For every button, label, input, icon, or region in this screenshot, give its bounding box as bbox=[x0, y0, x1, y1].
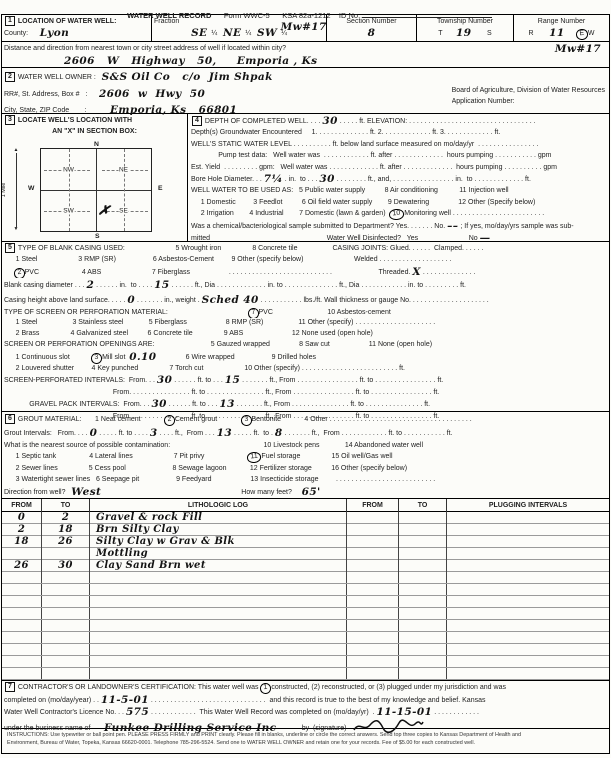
range-cell: Range Number R 11 EW bbox=[514, 15, 609, 41]
col-plugging-intervals: PLUGGING INTERVALS bbox=[447, 499, 609, 512]
screen-material-row-2: 1 Steel 3 Stainless steel 5 Fiberglass 8… bbox=[4, 318, 607, 329]
table-cell bbox=[347, 536, 399, 548]
certification-line-3: Water Well Contractor's Licence No. . . … bbox=[4, 706, 607, 719]
table-cell: Mottling bbox=[90, 548, 347, 560]
col-to-2: TO bbox=[399, 499, 447, 512]
table-cell bbox=[347, 560, 399, 572]
table-cell bbox=[399, 572, 447, 583]
table-cell bbox=[399, 560, 447, 572]
table-cell: Silty Clay w Grav & Blk bbox=[90, 536, 347, 548]
col-from-1: FROM bbox=[2, 499, 42, 512]
table-cell bbox=[90, 656, 347, 667]
table-cell bbox=[42, 608, 90, 619]
table-cell bbox=[42, 668, 90, 679]
table-cell bbox=[399, 512, 447, 524]
screen-intervals-row-2: From. . . . . . . . . . . . . . . . ft. … bbox=[4, 387, 607, 398]
section-3-badge: 3 bbox=[5, 115, 15, 125]
id-no-label: ID No. bbox=[339, 11, 362, 20]
water-well-record-form: WATER WELL RECORD Form WWC-5 KSA 82a-121… bbox=[0, 0, 611, 758]
table-cell bbox=[42, 596, 90, 607]
table-cell bbox=[447, 536, 609, 548]
table-cell: 30 bbox=[42, 560, 90, 572]
table-cell bbox=[2, 656, 42, 667]
form-header: WATER WELL RECORD Form WWC-5 KSA 82a-121… bbox=[0, 0, 611, 14]
table-cell bbox=[447, 668, 609, 679]
table-cell bbox=[447, 620, 609, 631]
table-cell bbox=[447, 656, 609, 667]
table-cell bbox=[347, 548, 399, 560]
col-lithologic-log: LITHOLOGIC LOG bbox=[90, 499, 347, 512]
table-cell bbox=[42, 572, 90, 583]
contamination-row-3: 2 Sewer lines 5 Cess pool 8 Sewage lagoo… bbox=[4, 463, 607, 474]
section-3-title: LOCATE WELL'S LOCATION WITH bbox=[18, 117, 132, 124]
id-no-underline bbox=[362, 12, 492, 18]
board-of-agriculture-label: Board of Agriculture, Division of Water … bbox=[452, 85, 605, 96]
table-row bbox=[2, 608, 609, 620]
table-cell bbox=[90, 644, 347, 655]
table-cell bbox=[90, 572, 347, 583]
table-cell bbox=[347, 572, 399, 583]
quadrant-ne-label: NE bbox=[118, 166, 129, 173]
table-cell: 18 bbox=[42, 524, 90, 536]
table-cell bbox=[399, 656, 447, 667]
table-cell bbox=[42, 584, 90, 595]
table-cell bbox=[2, 668, 42, 679]
arrow-down-icon: ▼ bbox=[14, 227, 19, 232]
quadrant-sw-label: SW bbox=[62, 207, 74, 214]
gravel-intervals-row-1: GRAVEL PACK INTERVALS: From. . . 30 . . … bbox=[4, 398, 607, 410]
contamination-row-4: 3 Watertight sewer lines 6 Seepage pit 9… bbox=[4, 474, 607, 485]
table-cell bbox=[2, 548, 42, 560]
table-cell bbox=[447, 524, 609, 536]
owner-line: 2WATER WELL OWNER : S&S Oil Co c/o Jim S… bbox=[4, 69, 607, 86]
table-cell bbox=[347, 608, 399, 619]
distance-label: Distance and direction from nearest town… bbox=[4, 43, 607, 54]
table-cell bbox=[399, 548, 447, 560]
table-row: 1826Silty Clay w Grav & Blk bbox=[2, 536, 609, 548]
table-row: 02Gravel & rock Fill bbox=[2, 512, 609, 524]
table-cell bbox=[399, 632, 447, 643]
table-cell: Gravel & rock Fill bbox=[90, 512, 347, 524]
table-cell bbox=[347, 524, 399, 536]
table-cell bbox=[447, 572, 609, 583]
table-cell bbox=[2, 632, 42, 643]
table-cell bbox=[399, 644, 447, 655]
instructions-line-1: INSTRUCTIONS: Use typewriter or ball poi… bbox=[7, 731, 604, 739]
quadrant-nw-label: NW bbox=[62, 166, 75, 173]
table-cell bbox=[447, 512, 609, 524]
east-label: E bbox=[158, 185, 163, 192]
casing-height-line: Casing height above land surface. . . . … bbox=[4, 293, 607, 308]
table-cell bbox=[347, 584, 399, 595]
table-cell bbox=[399, 584, 447, 595]
section-3-subtitle: AN "X" IN SECTION BOX: bbox=[4, 126, 185, 137]
grout-material-line: 6GROUT MATERIAL: 1 Neat cement 2Cement g… bbox=[4, 413, 607, 426]
instructions-line-2: Environment, Bureau of Water, Topeka, Ka… bbox=[7, 739, 604, 747]
col-from-2: FROM bbox=[347, 499, 399, 512]
table-row bbox=[2, 668, 609, 680]
openings-row-1: SCREEN OR PERFORATION OPENINGS ARE: 5 Ga… bbox=[4, 340, 607, 351]
table-cell: Brn Silty Clay bbox=[90, 524, 347, 536]
use-row-2: 1 Domestic 3 Feedlot 6 Oil field water s… bbox=[191, 197, 606, 208]
table-cell bbox=[2, 584, 42, 595]
well-x-mark: ✗ bbox=[97, 202, 111, 220]
section-6-grout: 6GROUT MATERIAL: 1 Neat cement 2Cement g… bbox=[2, 412, 609, 498]
table-cell bbox=[447, 608, 609, 619]
instructions-block: INSTRUCTIONS: Use typewriter or ball poi… bbox=[2, 729, 609, 747]
contamination-row-2: 1 Septic tank 4 Lateral lines 7 Pit priv… bbox=[4, 451, 607, 463]
table-cell bbox=[90, 668, 347, 679]
table-row: Mottling bbox=[2, 548, 609, 560]
table-cell bbox=[447, 548, 609, 560]
table-cell bbox=[399, 668, 447, 679]
table-cell bbox=[399, 596, 447, 607]
use-row-3: 2 Irrigation 4 Industrial 7 Domestic (la… bbox=[191, 208, 606, 220]
table-row bbox=[2, 620, 609, 632]
est-yield-line: Est. Yield . . . . . . . . . gpm: Well w… bbox=[191, 162, 606, 173]
section-1-badge: 1 bbox=[5, 16, 15, 26]
table-cell: 0 bbox=[2, 512, 42, 524]
form-body: 1LOCATION OF WATER WELL: County: Lyon Fr… bbox=[1, 14, 610, 754]
form-number: Form WWC-5 bbox=[224, 11, 282, 20]
casing-type-row-2: 1 Steel 3 RMP (SR) 6 Asbestos-Cement 9 O… bbox=[4, 255, 607, 266]
table-header-row: FROM TO LITHOLOGIC LOG FROM TO PLUGGING … bbox=[2, 499, 609, 512]
ksa-statute: KSA 82a-1212 bbox=[282, 11, 339, 20]
static-water-level-line: WELL'S STATIC WATER LEVEL . . . . . . . … bbox=[191, 139, 606, 150]
table-cell bbox=[42, 620, 90, 631]
groundwater-encountered-line: Depth(s) Groundwater Encountered 1. . . … bbox=[191, 127, 606, 138]
table-cell bbox=[2, 644, 42, 655]
distance-row: Distance and direction from nearest town… bbox=[2, 42, 609, 68]
table-cell bbox=[42, 632, 90, 643]
table-cell bbox=[399, 608, 447, 619]
openings-row-3: 2 Louvered shutter 4 Key punched 7 Torch… bbox=[4, 364, 607, 375]
casing-type-row-1: 5TYPE OF BLANK CASING USED: 5 Wrought ir… bbox=[4, 243, 607, 255]
table-cell bbox=[399, 524, 447, 536]
table-row bbox=[2, 632, 609, 644]
sample-submitted-line: Was a chemical/bacteriological sample su… bbox=[191, 220, 606, 232]
use-row-1: WELL WATER TO BE USED AS: 5 Public water… bbox=[191, 185, 606, 196]
screen-intervals-row-1: SCREEN-PERFORATED INTERVALS: From. . . 3… bbox=[4, 374, 607, 386]
section-diagram: ▲ ▼ 1 Mile NW bbox=[4, 139, 185, 243]
table-row: 218Brn Silty Clay bbox=[2, 524, 609, 536]
section-2-badge: 2 bbox=[5, 72, 15, 82]
direction-distance-line: Direction from well? West How many feet?… bbox=[4, 485, 607, 499]
section-7-badge: 7 bbox=[5, 682, 15, 692]
distance-value: 2606 W Highway 50, Emporia , Ks bbox=[64, 54, 607, 66]
table-cell bbox=[347, 656, 399, 667]
range-value: R 11 EW bbox=[516, 27, 607, 40]
table-row bbox=[2, 572, 609, 584]
well-id-handwritten-2: Mw#17 bbox=[555, 43, 601, 65]
table-cell bbox=[90, 584, 347, 595]
form-title: WATER WELL RECORD bbox=[127, 11, 224, 20]
quadrant-se-label: SE bbox=[118, 207, 129, 214]
openings-row-2: 1 Continuous slot 3Mill slot 0.10 6 Wire… bbox=[4, 351, 607, 364]
table-cell: 18 bbox=[2, 536, 42, 548]
west-label: W bbox=[28, 185, 34, 192]
contamination-row-1: What is the nearest source of possible c… bbox=[4, 440, 607, 451]
table-cell bbox=[2, 572, 42, 583]
table-cell bbox=[399, 620, 447, 631]
section-4-depth: 4DEPTH OF COMPLETED WELL. . . . 30 . . .… bbox=[188, 114, 609, 241]
township-value: T 19 S bbox=[419, 27, 511, 39]
location-depth-row: 3LOCATE WELL'S LOCATION WITH AN "X" IN S… bbox=[2, 114, 609, 242]
section-5-badge: 5 bbox=[5, 243, 15, 253]
table-cell: 2 bbox=[2, 524, 42, 536]
table-cell bbox=[447, 584, 609, 595]
table-cell: 2 bbox=[42, 512, 90, 524]
table-cell bbox=[2, 620, 42, 631]
table-row bbox=[2, 584, 609, 596]
lithologic-log-table: FROM TO LITHOLOGIC LOG FROM TO PLUGGING … bbox=[2, 498, 609, 681]
table-cell: 26 bbox=[2, 560, 42, 572]
table-cell bbox=[447, 596, 609, 607]
pump-test-line: Pump test data: Well water was . . . . .… bbox=[191, 150, 606, 161]
table-cell bbox=[347, 596, 399, 607]
table-cell bbox=[347, 512, 399, 524]
table-row bbox=[2, 644, 609, 656]
table-row bbox=[2, 656, 609, 668]
table-cell bbox=[90, 596, 347, 607]
table-cell bbox=[347, 668, 399, 679]
section-6-badge: 6 bbox=[5, 414, 15, 424]
table-cell bbox=[347, 632, 399, 643]
certification-line-1: 7CONTRACTOR'S OR LANDOWNER'S CERTIFICATI… bbox=[4, 682, 607, 694]
table-cell bbox=[447, 632, 609, 643]
screen-material-row-1: TYPE OF SCREEN OR PERFORATION MATERIAL: … bbox=[4, 308, 607, 319]
table-cell: 26 bbox=[42, 536, 90, 548]
table-cell bbox=[42, 548, 90, 560]
table-row: 2630Clay Sand Brn wet bbox=[2, 560, 609, 572]
section-2-owner: 2WATER WELL OWNER : S&S Oil Co c/o Jim S… bbox=[2, 68, 609, 114]
range-label: Range Number bbox=[516, 16, 607, 27]
mile-scale: ▲ ▼ 1 Mile bbox=[8, 149, 22, 231]
table-cell bbox=[2, 596, 42, 607]
section-1-title: LOCATION OF WATER WELL: bbox=[18, 18, 117, 25]
section-7-certification: 7CONTRACTOR'S OR LANDOWNER'S CERTIFICATI… bbox=[2, 681, 609, 729]
col-to-1: TO bbox=[42, 499, 90, 512]
table-row bbox=[2, 596, 609, 608]
table-cell bbox=[90, 632, 347, 643]
section-5-casing: 5TYPE OF BLANK CASING USED: 5 Wrought ir… bbox=[2, 242, 609, 412]
table-cell bbox=[347, 620, 399, 631]
table-cell bbox=[447, 560, 609, 572]
certification-line-2: completed on (mo/day/year) . . 11-5-01 .… bbox=[4, 694, 607, 707]
table-cell bbox=[2, 608, 42, 619]
table-cell: Clay Sand Brn wet bbox=[90, 560, 347, 572]
well-id-handwritten: Mw#17 bbox=[281, 21, 327, 33]
bore-hole-diameter-line: Bore Hole Diameter. . . 7¼ . in. to . . … bbox=[191, 173, 606, 185]
table-cell bbox=[399, 536, 447, 548]
south-label: S bbox=[95, 233, 100, 240]
table-cell bbox=[347, 644, 399, 655]
screen-material-row-3: 2 Brass 4 Galvanized steel 6 Concrete ti… bbox=[4, 329, 607, 340]
grout-intervals-line: Grout Intervals: From. . . . 0 . . . . .… bbox=[4, 426, 607, 440]
mile-label: 1 Mile bbox=[1, 183, 7, 198]
section-3-locate: 3LOCATE WELL'S LOCATION WITH AN "X" IN S… bbox=[2, 114, 188, 241]
casing-type-row-3: 2PVC 4 ABS 7 Fiberglass . . . . . . . . … bbox=[4, 266, 607, 279]
litho-table-body: 02Gravel & rock Fill218Brn Silty Clay182… bbox=[2, 512, 609, 680]
table-cell bbox=[90, 608, 347, 619]
section-square: NW NE SW SE ✗ bbox=[40, 148, 152, 232]
casing-diameter-line: Blank casing diameter . . . 2 . . . . . … bbox=[4, 278, 607, 293]
north-label: N bbox=[94, 141, 99, 148]
table-cell bbox=[42, 644, 90, 655]
table-cell bbox=[90, 620, 347, 631]
application-number-label: Application Number: bbox=[452, 96, 605, 107]
agency-block: Board of Agriculture, Division of Water … bbox=[452, 85, 605, 107]
table-cell bbox=[42, 656, 90, 667]
table-cell bbox=[447, 644, 609, 655]
section-number-value: 8 bbox=[329, 27, 414, 39]
county-line: County: Lyon bbox=[4, 27, 149, 39]
